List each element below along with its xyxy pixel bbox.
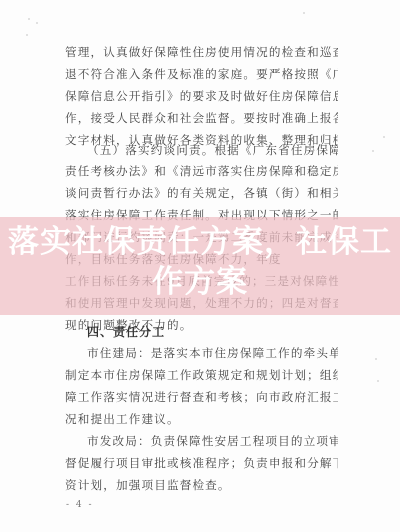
text-line: 谈问责暂行办法》的有关规定，各镇（街）和相关部门抓好 (65, 186, 338, 200)
text-line: 退不符合准入条件及标准的家庭。要严格按照《广东省住房 (65, 67, 338, 81)
scan-speck (36, 22, 38, 24)
text-line: 管理，认真做好保障性住房使用情况的检查和巡查，及时清 (65, 45, 338, 59)
text-line: （五）落实约谈问责。根据《广东省住房保障工作目标 (87, 143, 338, 157)
scan-speck (383, 136, 385, 138)
text-line: 督促履行项目审批或核准程序；负责申报和分解下达项目投 (65, 456, 338, 470)
overlay-title: 落实社保责任方案，社保工作方案 (0, 222, 400, 302)
scan-speck (303, 12, 305, 14)
text-line: 资计划，加强项目监督检查。 (65, 478, 338, 492)
text-line: 况和提出工作建议。 (65, 412, 338, 426)
text-line: 市住建局：是落实本市住房保障工作的牵头单位，负责 (87, 346, 338, 360)
scan-speck (28, 18, 30, 20)
page-number: - 4 - (66, 500, 94, 510)
text-line: 障工作落实情况进行督查和考核；向市政府汇报工作进展情 (65, 390, 338, 404)
scan-speck (372, 150, 374, 152)
text-line: 制定本市住房保障工作政策规定和规划计划；组织对住房保 (65, 368, 338, 382)
text-line: 责任考核办法》和《清远市落实住房保障和稳定房价工作约 (65, 164, 338, 178)
section-heading: 四、责任分工 (87, 323, 165, 340)
text-line: 市发改局：负责保障性安居工程项目的立项审批工作， (87, 434, 338, 448)
text-line: 作，接受人民群众和社会监督。要按时准确上报各种报表和 (65, 111, 338, 125)
document-page: 管理，认真做好保障性住房使用情况的检查和巡查，及时清 退不符合准入条件及标准的家… (0, 0, 400, 532)
text-line: 保障信息公开指引》的要求及时做好住房保障信息公开工 (65, 89, 338, 103)
scan-speck (377, 380, 379, 382)
scan-speck (375, 358, 377, 360)
scan-speck (26, 34, 28, 36)
